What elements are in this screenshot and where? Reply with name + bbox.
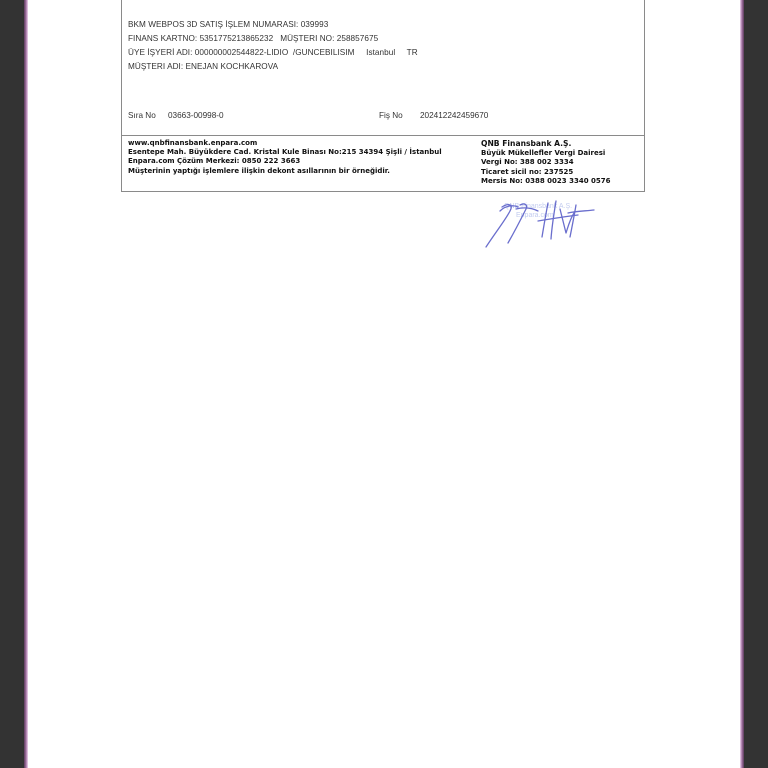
document-viewer: BKM WEBPOS 3D SATIŞ İŞLEM NUMARASI: 0399… (0, 0, 768, 768)
sequence-value: 03663-00998-0 (168, 111, 224, 120)
transaction-number: BKM WEBPOS 3D SATIŞ İŞLEM NUMARASI: 0399… (128, 20, 328, 29)
bank-address: Esentepe Mah. Büyükdere Cad. Kristal Kul… (128, 148, 442, 156)
transaction-details-section: BKM WEBPOS 3D SATIŞ İŞLEM NUMARASI: 0399… (122, 0, 644, 136)
card-and-customer-number: FINANS KARTNO: 5351775213865232 MÜŞTERI … (128, 34, 378, 43)
bank-contact-info: www.qnbfinansbank.enpara.com Esentepe Ma… (128, 139, 442, 176)
bank-name: QNB Finansbank A.Ş. (481, 139, 571, 148)
tax-number: Vergi No: 388 002 3334 (481, 158, 574, 166)
trade-registry: Ticaret sicil no: 237525 (481, 168, 573, 176)
signature-icon (480, 195, 600, 255)
disclaimer: Müşterinin yaptığı işlemlere ilişkin dek… (128, 167, 390, 175)
receipt-number-value: 202412242459670 (420, 111, 488, 120)
tax-office: Büyük Mükellefler Vergi Dairesi (481, 149, 605, 157)
customer-name: MÜŞTERI ADI: ENEJAN KOCHKAROVA (128, 62, 278, 71)
bank-footer-section: www.qnbfinansbank.enpara.com Esentepe Ma… (122, 136, 644, 191)
call-center: Enpara.com Çözüm Merkezi: 0850 222 3663 (128, 157, 300, 165)
mersis-number: Mersis No: 0388 0023 3340 0576 (481, 177, 610, 185)
receipt-box: BKM WEBPOS 3D SATIŞ İŞLEM NUMARASI: 0399… (121, 0, 645, 192)
sequence-label: Sıra No (128, 111, 156, 120)
merchant-name: ÜYE İŞYERİ ADI: 000000002544822-LIDIO /G… (128, 48, 418, 57)
receipt-number-label: Fiş No (379, 111, 403, 120)
signature-stamp: QNB Finansbank A.Ş. Enpara.com (480, 195, 600, 255)
page-shadow-right (740, 0, 744, 768)
pdf-page: BKM WEBPOS 3D SATIŞ İŞLEM NUMARASI: 0399… (28, 0, 740, 768)
bank-legal-info: QNB Finansbank A.Ş. Büyük Mükellefler Ve… (481, 139, 610, 186)
bank-website: www.qnbfinansbank.enpara.com (128, 139, 257, 147)
